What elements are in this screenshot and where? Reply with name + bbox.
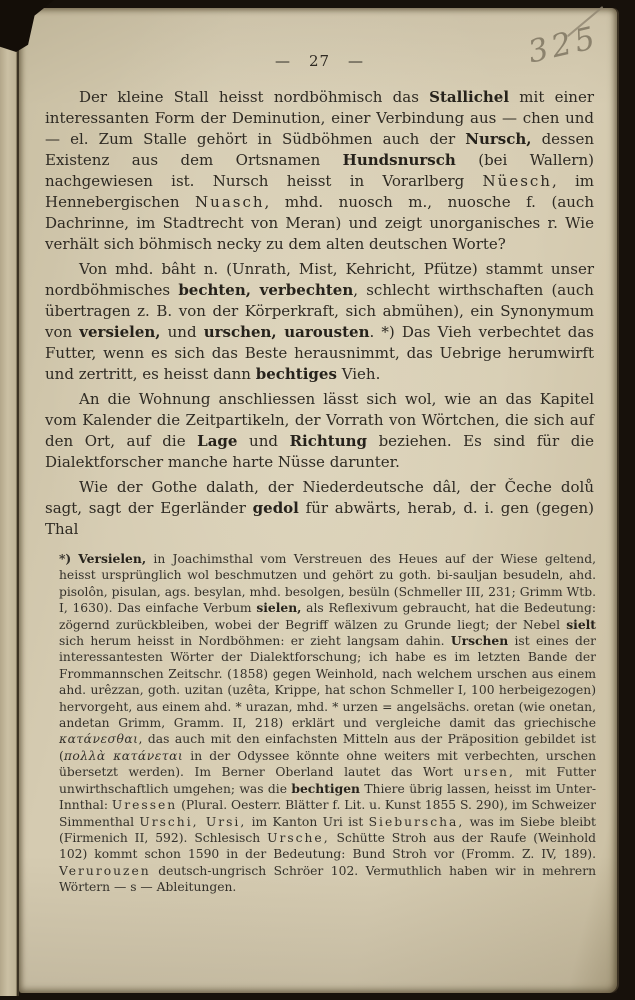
text-segment: Hundsnursch <box>343 151 456 169</box>
paragraph-1: Der kleine Stall heisst nordböhmisch das… <box>45 87 594 255</box>
text-segment: Urschen <box>451 633 508 648</box>
text-segment: Nüesch <box>483 172 552 190</box>
text-segment: Der kleine Stall heisst nordböhmisch das <box>79 88 429 106</box>
text-segment: und <box>161 323 204 341</box>
text-segment: Nursch, <box>465 130 531 148</box>
paragraph-4: Wie der Gothe dalath, der Niederdeutsche… <box>45 477 594 540</box>
facing-page-edge <box>0 0 19 996</box>
paragraph-2: Von mhd. bâht n. (Unrath, Mist, Kehricht… <box>45 259 594 385</box>
page-header: —27— <box>45 52 594 70</box>
text-segment: bechtigen <box>291 781 360 796</box>
text-segment: Urschi, Ursi, <box>139 815 246 829</box>
text-segment: sielt <box>566 617 596 632</box>
text-segment: Vieh. <box>337 365 380 383</box>
main-text: Der kleine Stall heisst nordböhmisch das… <box>45 87 594 540</box>
text-segment: ursen, <box>464 765 515 779</box>
text-segment: Uressen <box>112 798 177 812</box>
text-segment: gedol <box>253 499 299 517</box>
footnote-text: *)Versielen, in Joachimsthal vom Verstre… <box>59 551 596 896</box>
text-segment: Nuasch <box>195 193 265 211</box>
text-segment: urschen, uarousten <box>204 323 370 341</box>
book-page: 325 —27— Der kleine Stall heisst nordböh… <box>19 8 617 993</box>
text-segment: und <box>237 432 289 450</box>
text-segment: Verurouzen <box>59 864 151 878</box>
text-segment: sielen, <box>256 600 301 615</box>
page-number: 27 <box>309 52 330 70</box>
text-segment: Sieburscha, <box>369 815 465 829</box>
page-content: —27— Der kleine Stall heisst nordböhmisc… <box>45 52 594 896</box>
text-segment: Lage <box>197 432 237 450</box>
text-segment: im Kanton Uri ist <box>246 815 368 829</box>
text-segment: ist eines der interessantesten Wörter de… <box>59 634 596 730</box>
text-segment: Richtung <box>290 432 367 450</box>
text-segment: bechten, verbechten <box>178 281 353 299</box>
footnote-marker: *) <box>59 551 71 566</box>
text-segment: Stallichel <box>429 88 509 106</box>
paragraph-3: An die Wohnung anschliessen lässt sich w… <box>45 389 594 473</box>
text-segment: Ursche, <box>267 831 330 845</box>
text-segment: πολλὰ κατάνεται <box>64 749 183 763</box>
scanned-book-photo: 325 —27— Der kleine Stall heisst nordböh… <box>0 0 635 1000</box>
footnote: *)Versielen, in Joachimsthal vom Verstre… <box>59 551 596 896</box>
text-segment: bechtiges <box>256 365 337 383</box>
text-segment: versielen, <box>79 323 160 341</box>
text-segment: sich herum heisst in Nordböhmen: er zieh… <box>59 634 451 648</box>
text-segment: Versielen, <box>78 551 146 566</box>
header-dash-right: — <box>348 52 364 70</box>
header-dash-left: — <box>275 52 291 70</box>
text-segment: κατάνεσθαι <box>59 732 138 746</box>
